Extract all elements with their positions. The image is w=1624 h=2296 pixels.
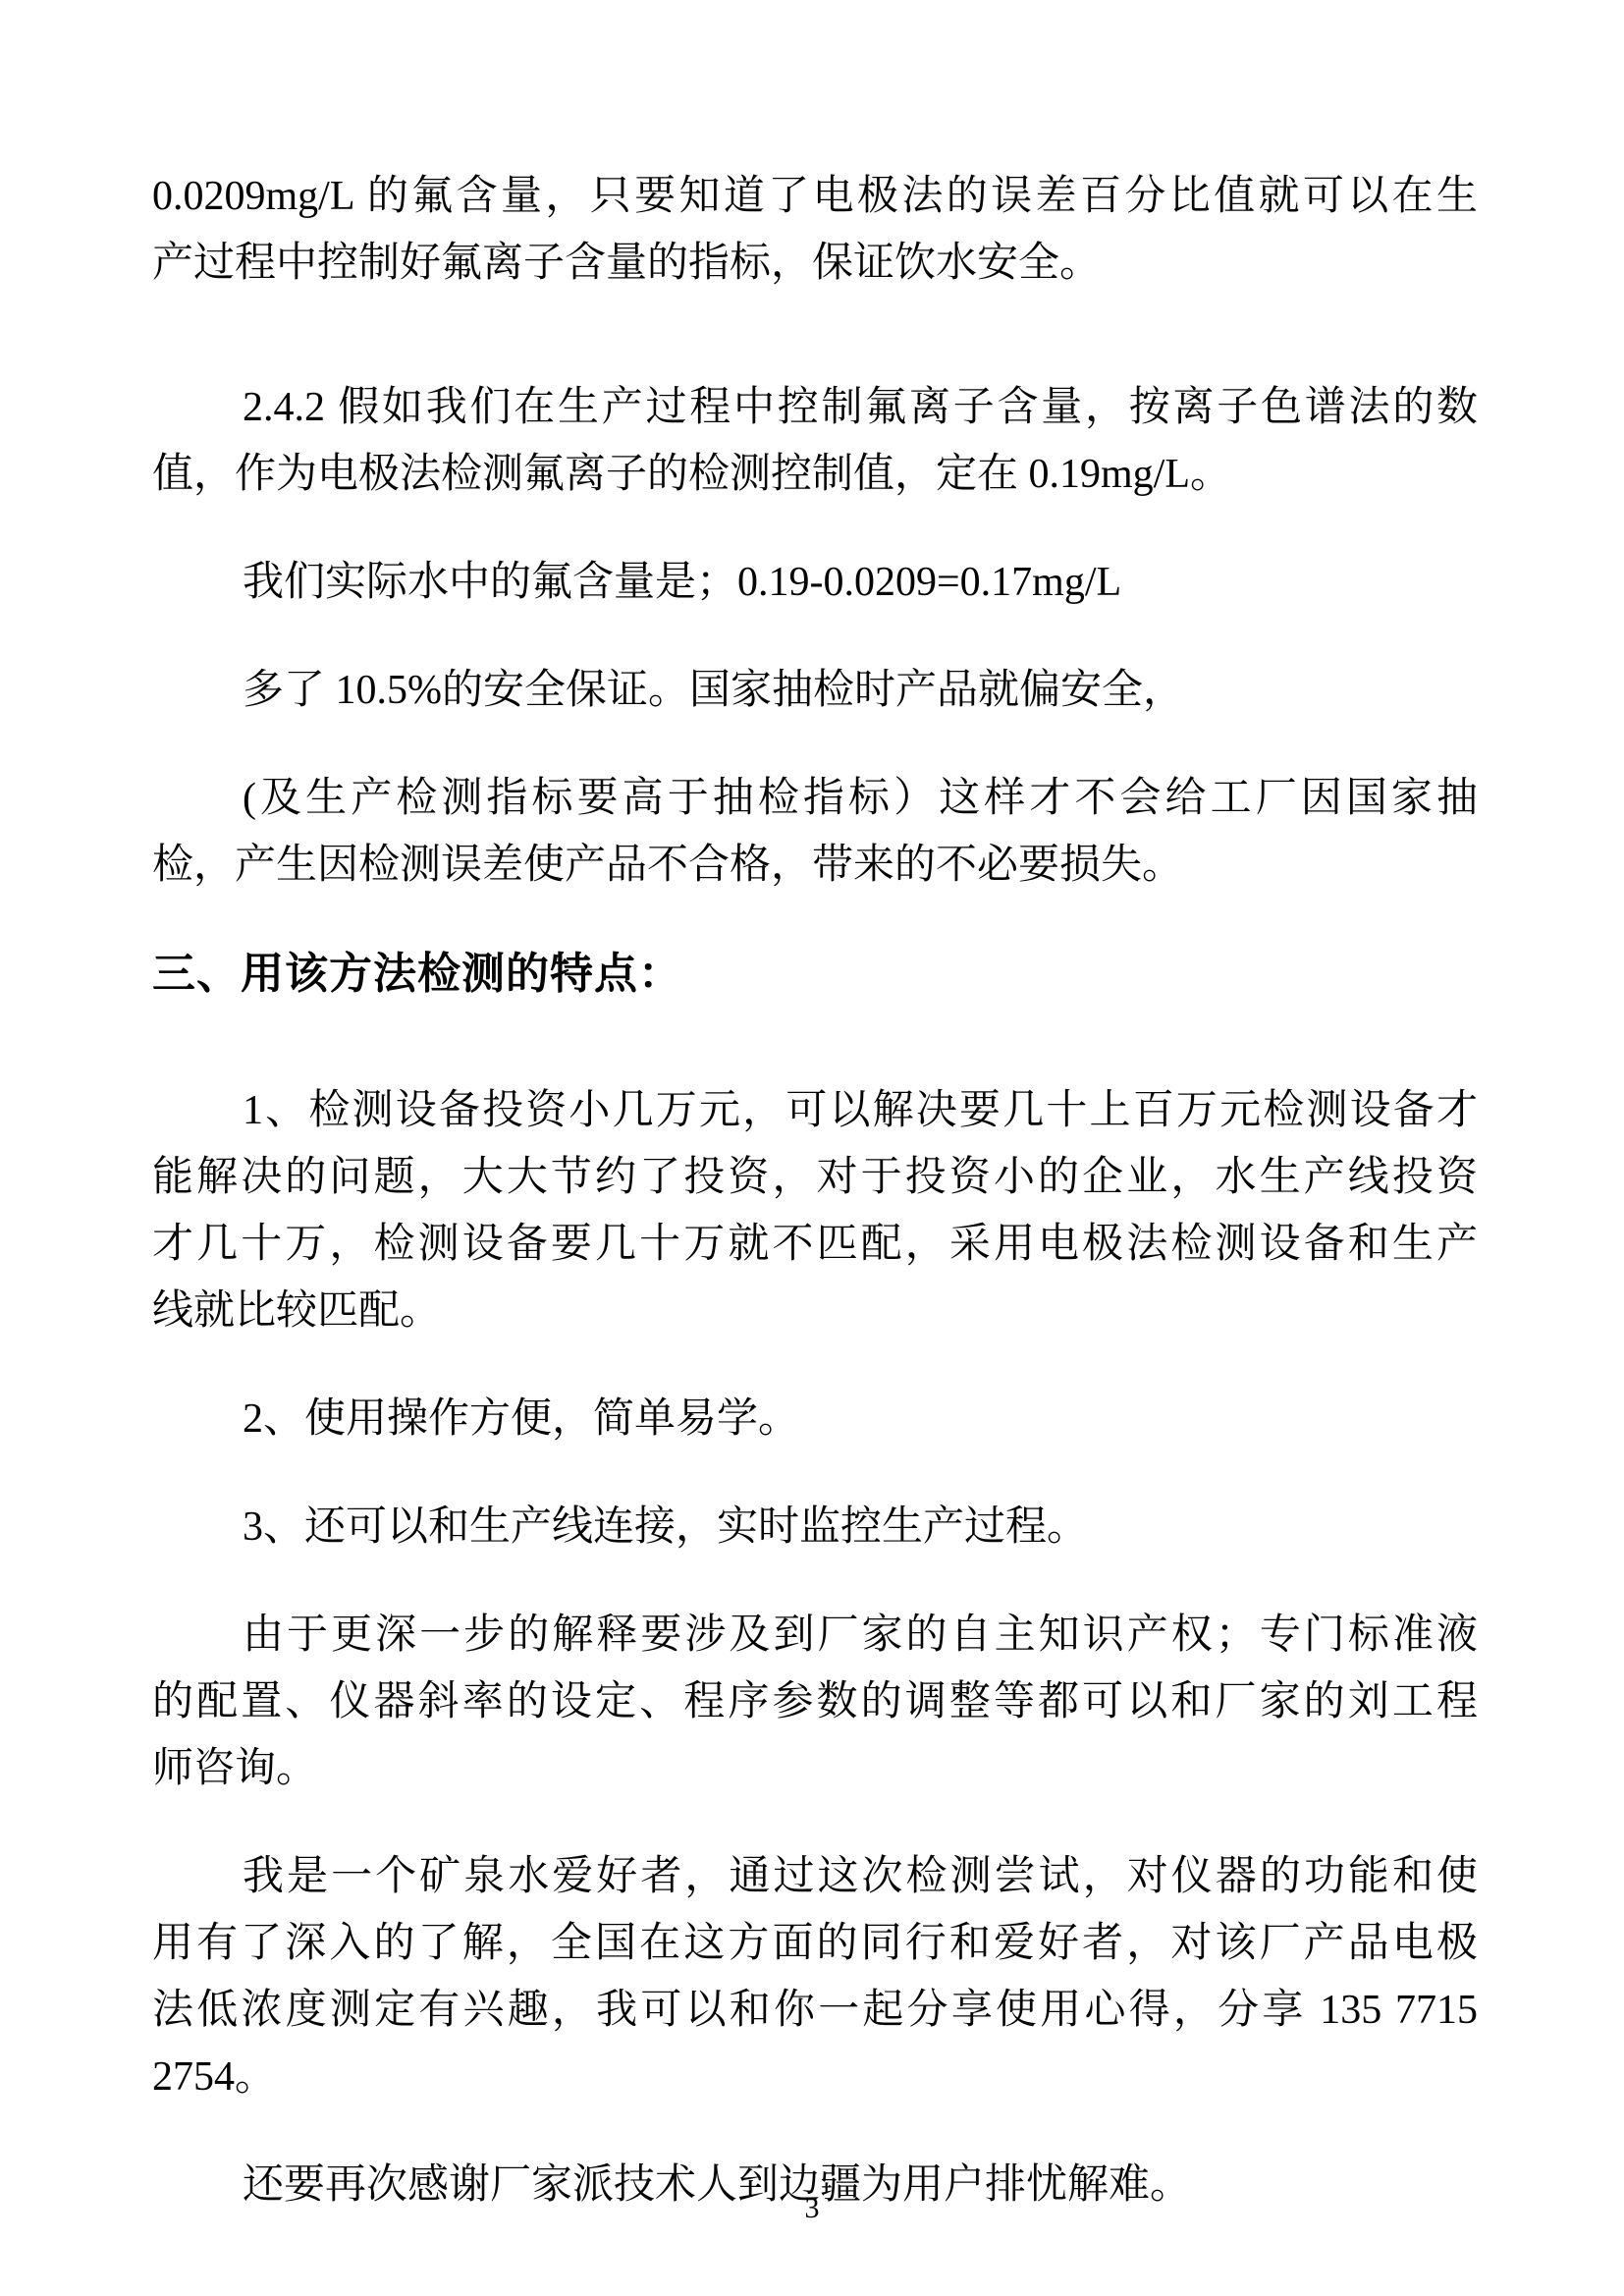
text-line: 2754。	[152, 2044, 1478, 2110]
text-line: 2.4.2 假如我们在生产过程中控制氟离子含量，按离子色谱法的数	[152, 374, 1478, 441]
text-line: 1、检测设备投资小几万元，可以解决要几十上百万元检测设备才	[152, 1077, 1478, 1144]
text-line: 线就比较匹配。	[152, 1278, 1478, 1344]
text-line: 值，作为电极法检测氟离子的检测控制值，定在 0.19mg/L。	[152, 441, 1478, 508]
text-line: 才几十万，检测设备要几十万就不匹配，采用电极法检测设备和生产	[152, 1211, 1478, 1278]
text-line: 由于更深一步的解释要涉及到厂家的自主知识产权；专门标准液	[152, 1602, 1478, 1668]
text-line: 0.0209mg/L 的氟含量，只要知道了电极法的误差百分比值就可以在生	[152, 163, 1478, 230]
text-line: 用有了深入的了解，全国在这方面的同行和爱好者，对该厂产品电极	[152, 1910, 1478, 1977]
text-line: 检，产生因检测误差使产品不合格，带来的不必要损失。	[152, 832, 1478, 899]
document-page: 0.0209mg/L 的氟含量，只要知道了电极法的误差百分比值就可以在生 产过程…	[0, 0, 1624, 2296]
text-line: 的配置、仪器斜率的设定、程序参数的调整等都可以和厂家的刘工程	[152, 1668, 1478, 1735]
text-line: 产过程中控制好氟离子含量的指标，保证饮水安全。	[152, 230, 1478, 297]
text-line: 能解决的问题，大大节约了投资，对于投资小的企业，水生产线投资	[152, 1144, 1478, 1211]
text-line: 法低浓度测定有兴趣，我可以和你一起分享使用心得，分享 135 7715	[152, 1977, 1478, 2044]
page-number: 3	[0, 2190, 1624, 2227]
text-line: 多了 10.5%的安全保证。国家抽检时产品就偏安全，	[152, 657, 1478, 724]
text-line: 2、使用操作方便，简单易学。	[152, 1386, 1478, 1452]
section-heading: 三、用该方法检测的特点：	[152, 940, 1478, 1009]
text-line: (及生产检测指标要高于抽检指标）这样才不会给工厂因国家抽	[152, 765, 1478, 832]
text-line: 师咨询。	[152, 1735, 1478, 1802]
text-line: 我是一个矿泉水爱好者，通过这次检测尝试，对仪器的功能和使	[152, 1843, 1478, 1910]
text-body: 0.0209mg/L 的氟含量，只要知道了电极法的误差百分比值就可以在生 产过程…	[152, 163, 1478, 2260]
text-line: 我们实际水中的氟含量是；0.19-0.0209=0.17mg/L	[152, 549, 1478, 616]
text-line: 3、还可以和生产线连接，实时监控生产过程。	[152, 1494, 1478, 1560]
